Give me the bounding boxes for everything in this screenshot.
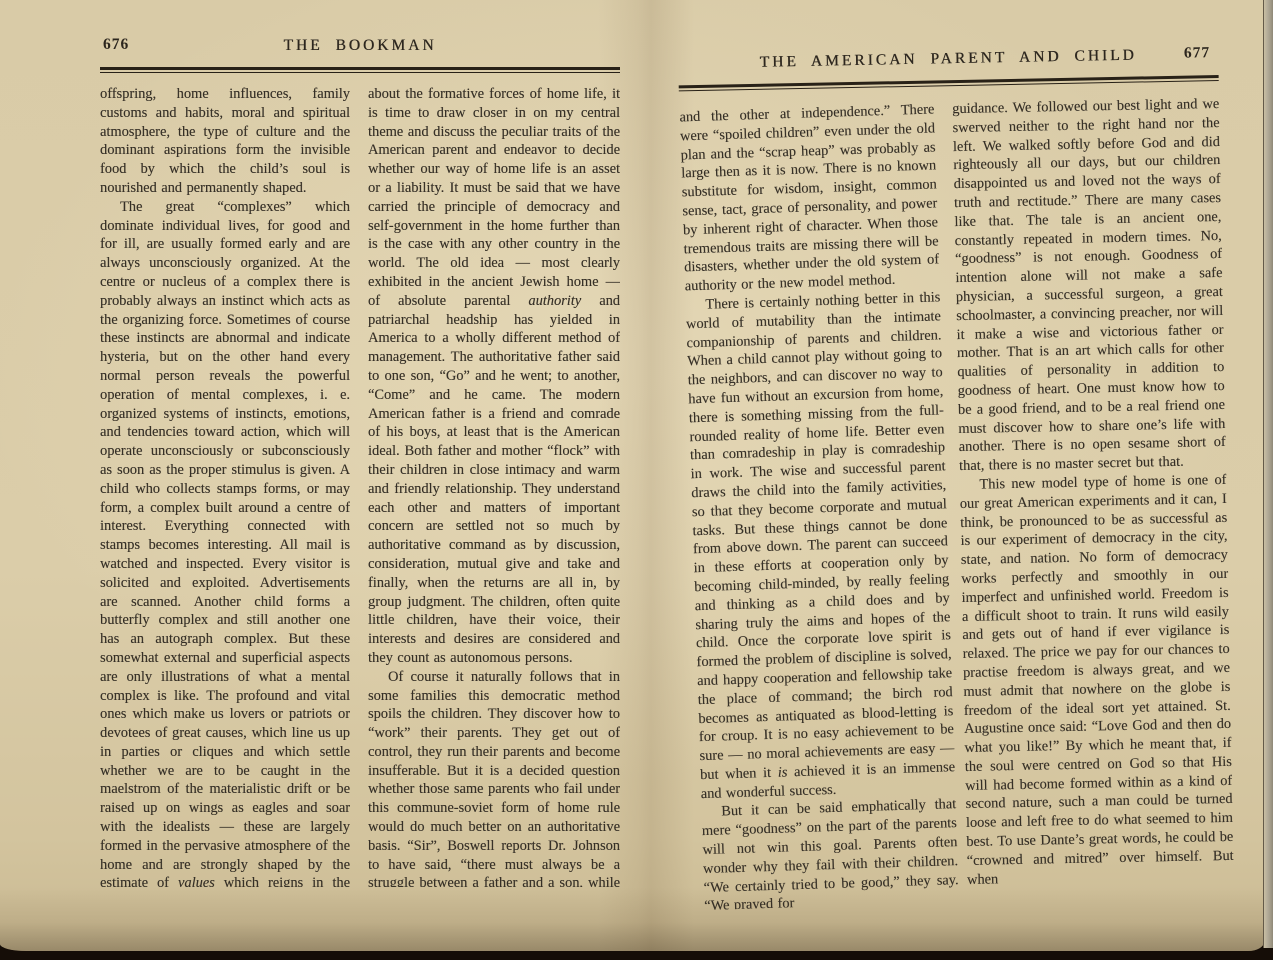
running-title-right: THE AMERICAN PARENT AND CHILD bbox=[678, 45, 1218, 73]
page-676-column-2: about the formative forces of home life,… bbox=[368, 85, 620, 887]
paragraph: But it can be said emphatically that mer… bbox=[701, 796, 959, 910]
paragraph: guidance. We followed our best light and… bbox=[952, 95, 1226, 476]
paragraph: about the formative forces of home life,… bbox=[368, 85, 620, 668]
page-676-text-area: offspring, home influences, family custo… bbox=[100, 85, 620, 887]
page-676: 676 THE BOOKMAN offspring, home influenc… bbox=[100, 36, 620, 887]
page-677-column-2: guidance. We followed our best light and… bbox=[952, 95, 1234, 902]
page-676-running-head: 676 THE BOOKMAN bbox=[100, 36, 620, 62]
open-book-spread: 676 THE BOOKMAN offspring, home influenc… bbox=[0, 0, 1264, 951]
paragraph: offspring, home influences, family custo… bbox=[100, 85, 350, 198]
book-scan: 676 THE BOOKMAN offspring, home influenc… bbox=[0, 0, 1273, 960]
paragraph: The great “complexes” which dominate ind… bbox=[100, 198, 350, 887]
page-number-right: 677 bbox=[1184, 44, 1211, 63]
page-676-column-1: offspring, home influences, family custo… bbox=[100, 85, 350, 887]
paragraph: This new model type of home is one of ou… bbox=[959, 471, 1234, 890]
page-677-text-area: and the other at independence.” There we… bbox=[679, 95, 1234, 907]
paragraph: and the other at independence.” There we… bbox=[679, 100, 940, 296]
paragraph: Of course it naturally follows that in s… bbox=[368, 668, 620, 887]
header-double-rule-left bbox=[100, 67, 620, 73]
paragraph: There is certainly nothing better in thi… bbox=[685, 288, 956, 803]
page-stack-edge bbox=[1263, 0, 1273, 948]
running-title-left: THE BOOKMAN bbox=[100, 37, 620, 55]
page-677-column-1: and the other at independence.” There we… bbox=[679, 100, 959, 910]
page-677-running-head: THE AMERICAN PARENT AND CHILD 677 bbox=[678, 44, 1218, 80]
page-677: THE AMERICAN PARENT AND CHILD 677 and th… bbox=[678, 44, 1234, 907]
